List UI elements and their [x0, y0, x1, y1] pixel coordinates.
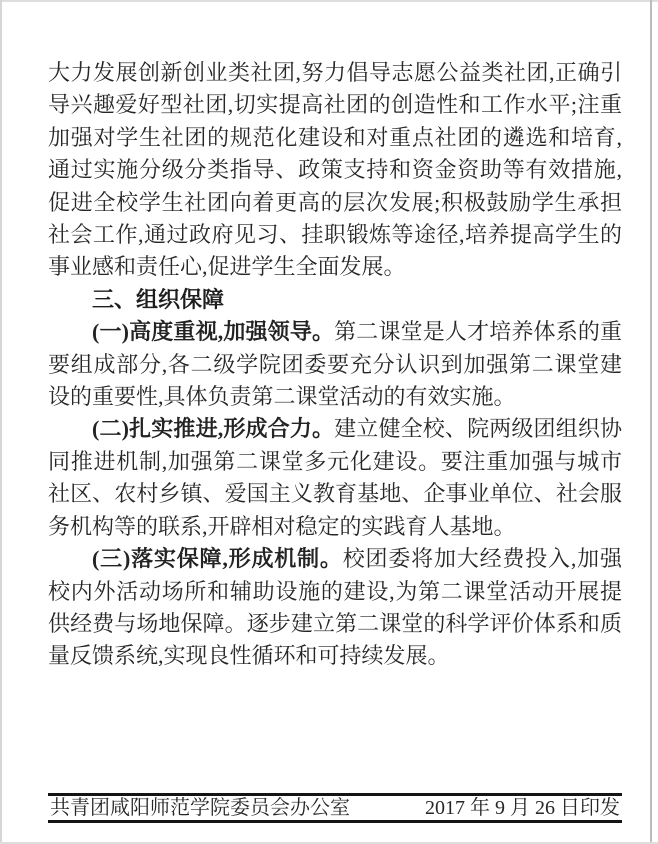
item-2-lead: (二)扎实推进,形成合力。	[92, 416, 334, 441]
section-heading-organizational-guarantee: 三、组织保障	[48, 284, 622, 316]
footer-band: 共青团咸阳师范学院委员会办公室 2017 年 9 月 26 日印发	[48, 793, 622, 823]
scan-edge-right	[650, 0, 652, 844]
paragraph-item-3: (三)落实保障,形成机制。校团委将加大经费投入,加强校内外活动场所和辅助设施的建…	[48, 543, 622, 673]
footer-print-date: 2017 年 9 月 26 日印发	[425, 796, 620, 820]
footer-issuer: 共青团咸阳师范学院委员会办公室	[50, 796, 350, 820]
paragraph-continuation: 大力发展创新创业类社团,努力倡导志愿公益类社团,正确引导兴趣爱好型社团,切实提高…	[48, 57, 622, 284]
paragraph-item-1: (一)高度重视,加强领导。第二课堂是人才培养体系的重要组成部分,各二级学院团委要…	[48, 316, 622, 413]
scan-edge-left	[0, 0, 2, 844]
item-1-lead: (一)高度重视,加强领导。	[92, 319, 334, 344]
document-body: 大力发展创新创业类社团,努力倡导志愿公益类社团,正确引导兴趣爱好型社团,切实提高…	[48, 57, 622, 673]
item-3-lead: (三)落实保障,形成机制。	[92, 546, 343, 571]
scan-edge-top	[0, 0, 658, 2]
paragraph-item-2: (二)扎实推进,形成合力。建立健全校、院两级团组织协同推进机制,加强第二课堂多元…	[48, 413, 622, 543]
